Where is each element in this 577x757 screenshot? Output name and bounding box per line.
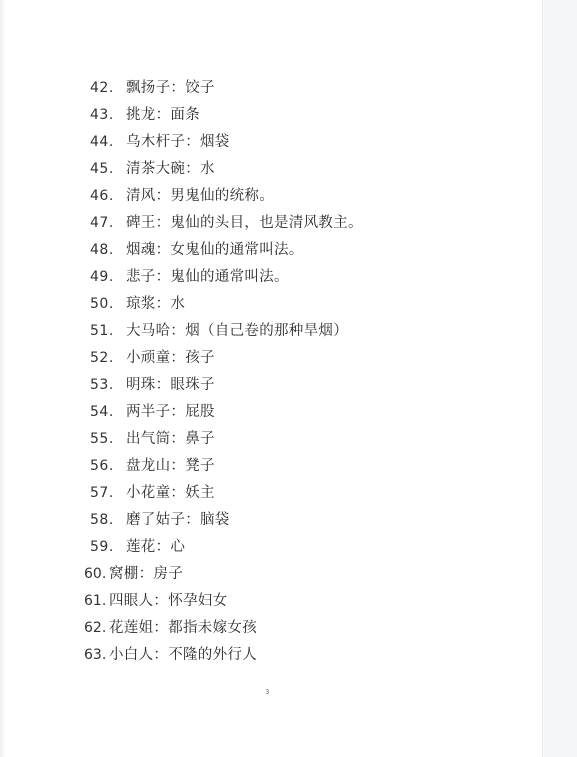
- item-number: 44.: [90, 131, 114, 153]
- item-number: 46.: [90, 185, 114, 207]
- item-number: 49.: [90, 266, 114, 288]
- item-number: 50.: [90, 293, 114, 315]
- item-number: 45.: [90, 158, 114, 180]
- item-text: 挑龙：面条: [126, 104, 200, 126]
- item-number: 52.: [90, 347, 114, 369]
- item-text: 乌木杆子：烟袋: [126, 131, 230, 153]
- item-text: 窝棚：房子: [109, 563, 183, 585]
- item-text: 莲花：心: [126, 536, 185, 558]
- item-text: 四眼人：怀孕妇女: [109, 590, 227, 612]
- item-text: 磨了姑子：脑袋: [126, 509, 230, 531]
- item-text: 小花童：妖主: [126, 482, 215, 504]
- item-text: 大马哈：烟（自己卷的那种旱烟）: [126, 320, 348, 342]
- item-text: 明珠：眼珠子: [126, 374, 215, 396]
- item-number: 62.: [84, 617, 106, 639]
- item-number: 43.: [90, 104, 114, 126]
- page-edge-shadow: [0, 0, 6, 757]
- item-number: 56.: [90, 455, 114, 477]
- item-number: 58.: [90, 509, 114, 531]
- item-number: 53.: [90, 374, 114, 396]
- item-text: 小白人：不隆的外行人: [109, 644, 257, 666]
- item-number: 63.: [84, 644, 106, 666]
- item-text: 清风：男鬼仙的统称。: [126, 185, 274, 207]
- document-page: 42. 飘扬子：饺子 43. 挑龙：面条 44. 乌木杆子：烟袋 45. 清茶大…: [0, 0, 542, 757]
- item-text: 盘龙山：凳子: [126, 455, 215, 477]
- item-text: 烟魂：女鬼仙的通常叫法。: [126, 239, 304, 261]
- item-number: 61.: [84, 590, 106, 612]
- item-number: 51.: [90, 320, 114, 342]
- item-text: 花莲姐：都指未嫁女孩: [109, 617, 257, 639]
- viewer-side-panel: [542, 0, 577, 757]
- item-text: 悲子：鬼仙的通常叫法。: [126, 266, 289, 288]
- item-number: 54.: [90, 401, 114, 423]
- item-text: 碑王：鬼仙的头目，也是清风教主。: [126, 212, 363, 234]
- item-number: 60.: [84, 563, 106, 585]
- item-text: 出气筒：鼻子: [126, 428, 215, 450]
- item-number: 47.: [90, 212, 114, 234]
- page-number: 3: [265, 688, 269, 696]
- item-number: 57.: [90, 482, 114, 504]
- item-number: 42.: [90, 77, 114, 99]
- item-number: 59.: [90, 536, 114, 558]
- item-text: 小顽童：孩子: [126, 347, 215, 369]
- item-text: 琼浆：水: [126, 293, 185, 315]
- item-number: 55.: [90, 428, 114, 450]
- item-text: 两半子：屁股: [126, 401, 215, 423]
- item-number: 48.: [90, 239, 114, 261]
- item-text: 飘扬子：饺子: [126, 77, 215, 99]
- item-text: 清茶大碗：水: [126, 158, 215, 180]
